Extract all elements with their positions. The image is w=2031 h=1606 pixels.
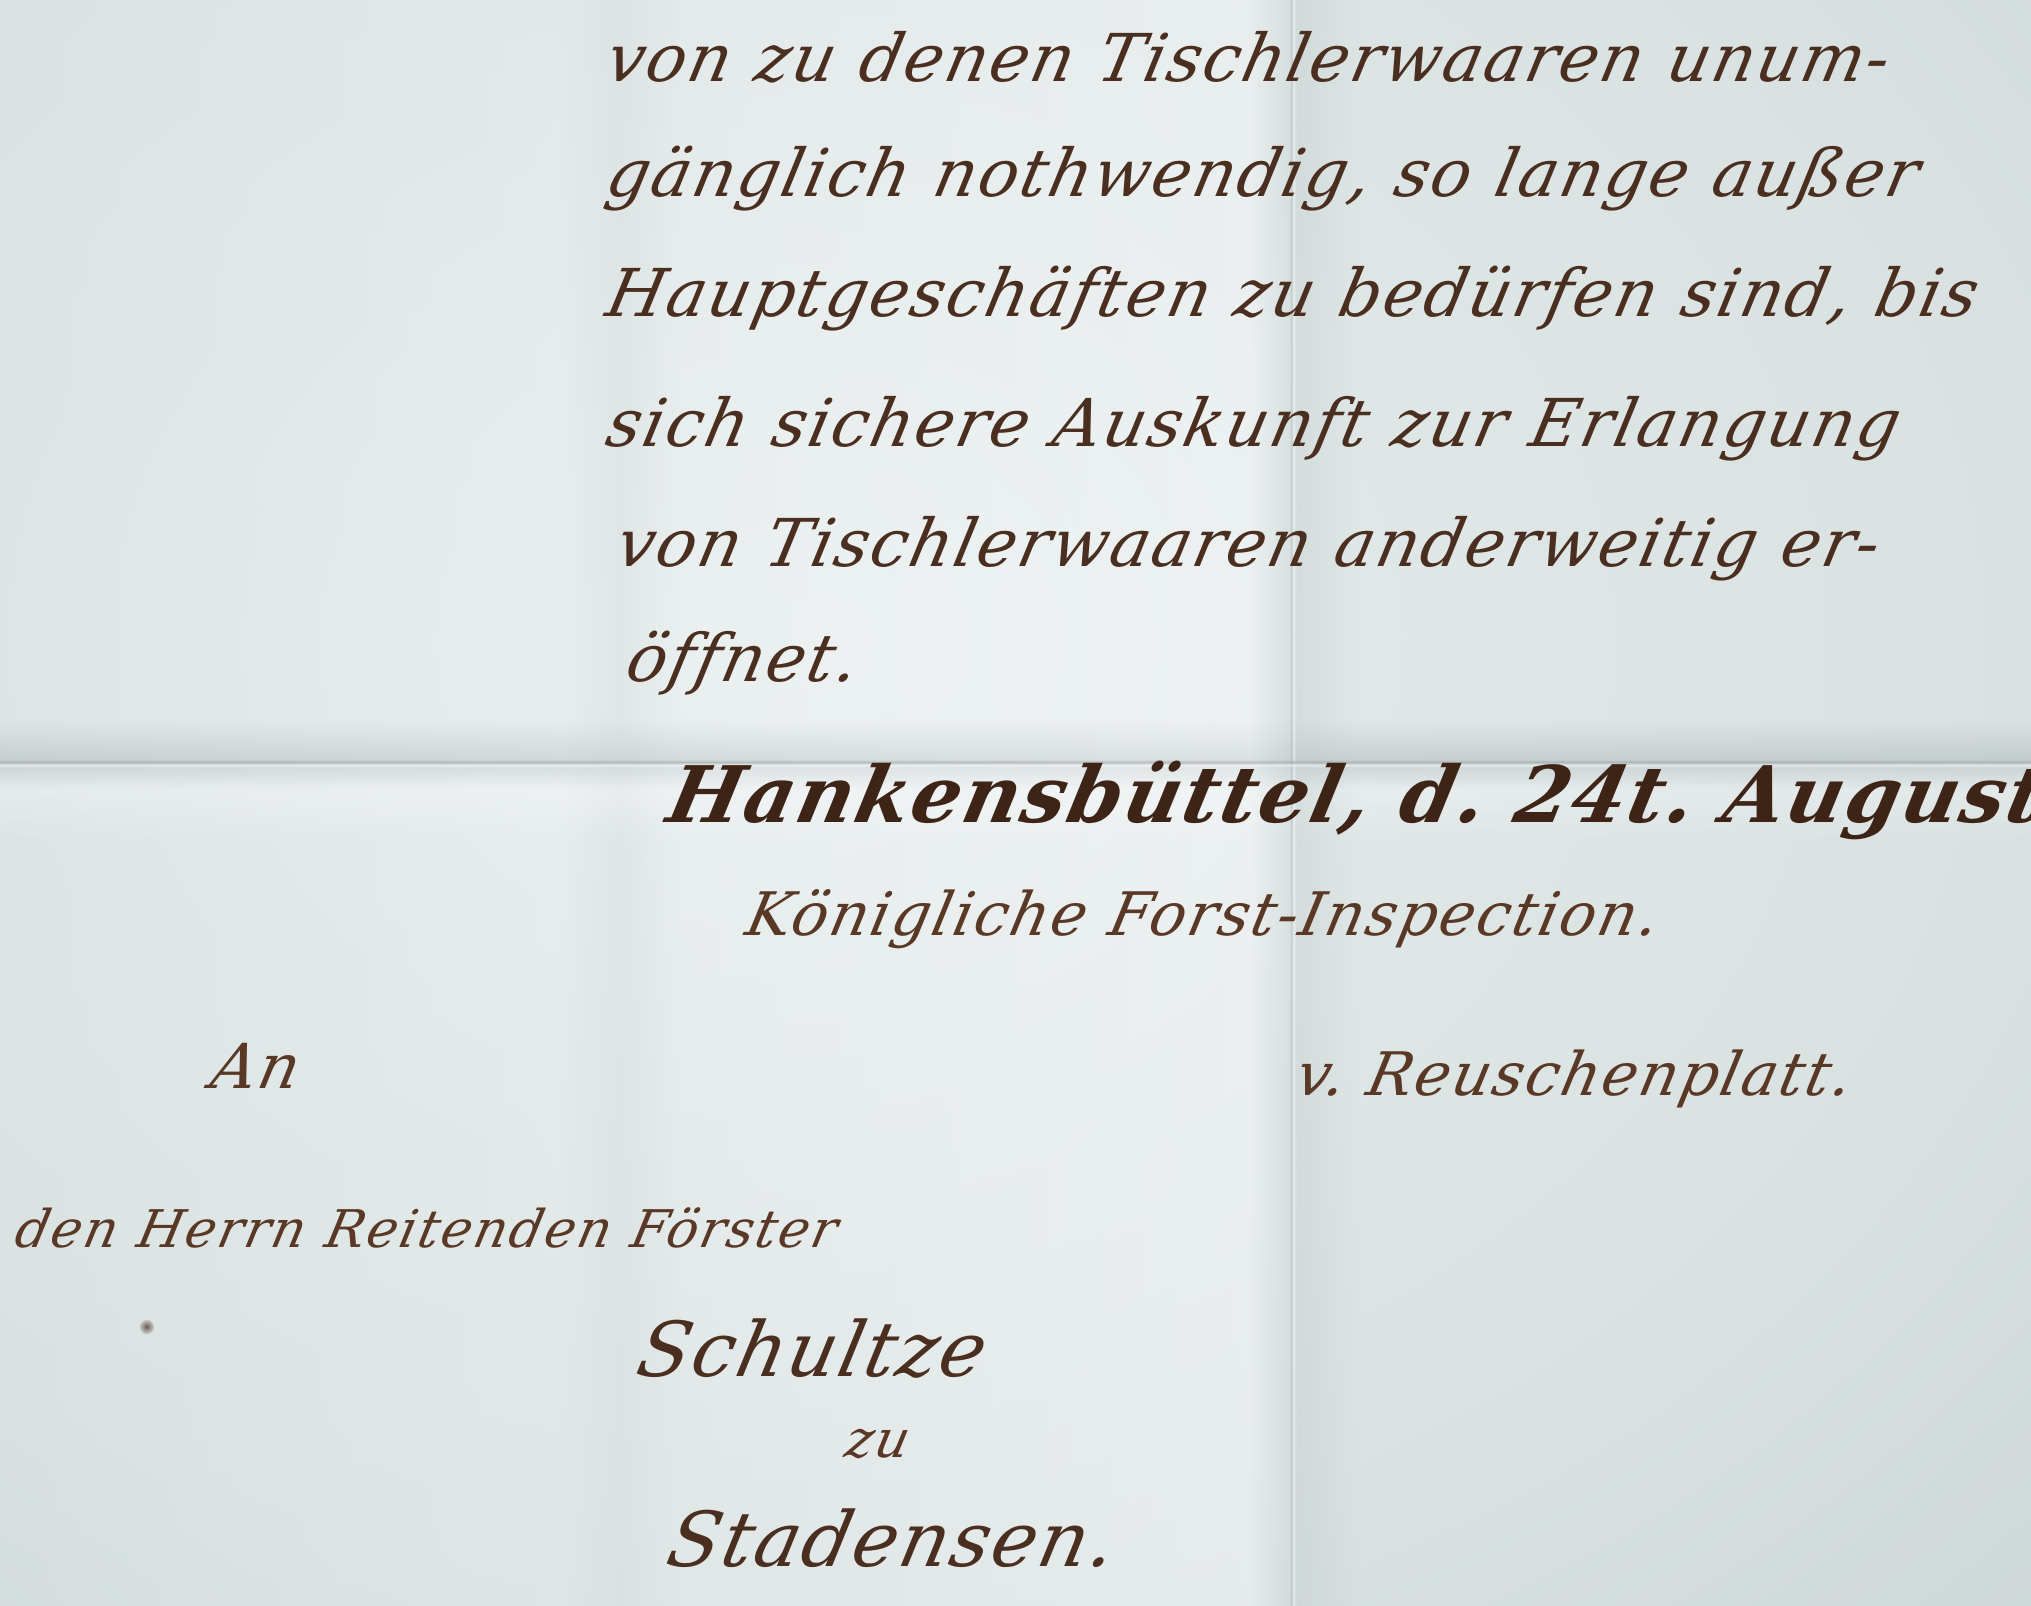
- body-line-5: von Tischlerwaaren anderweitig er-: [610, 505, 1889, 582]
- ink-speck: [140, 1320, 154, 1334]
- body-line-4: sich sichere Auskunft zur Erlangung: [600, 385, 1910, 462]
- body-line-6: öffnet.: [620, 620, 868, 697]
- recipient-name: Schultze: [630, 1305, 997, 1394]
- signature-line: v. Reuschenplatt.: [1290, 1040, 1861, 1110]
- address-prefix: An: [205, 1030, 309, 1103]
- recipient-place: Stadensen.: [660, 1495, 1126, 1584]
- recipient-title: den Herrn Reitenden Förster: [10, 1200, 845, 1260]
- place-date-line: Hankensbüttel, d. 24t. August 1855: [660, 750, 2031, 841]
- body-line-1: von zu denen Tischlerwaaren unum-: [600, 20, 1899, 97]
- body-line-2: gänglich nothwendig, so lange außer: [600, 135, 1929, 212]
- body-line-3: Hauptgeschäften zu bedürfen sind, bis: [600, 255, 1988, 332]
- address-preposition: zu: [840, 1410, 918, 1470]
- office-line: Königliche Forst-Inspection.: [740, 880, 1668, 950]
